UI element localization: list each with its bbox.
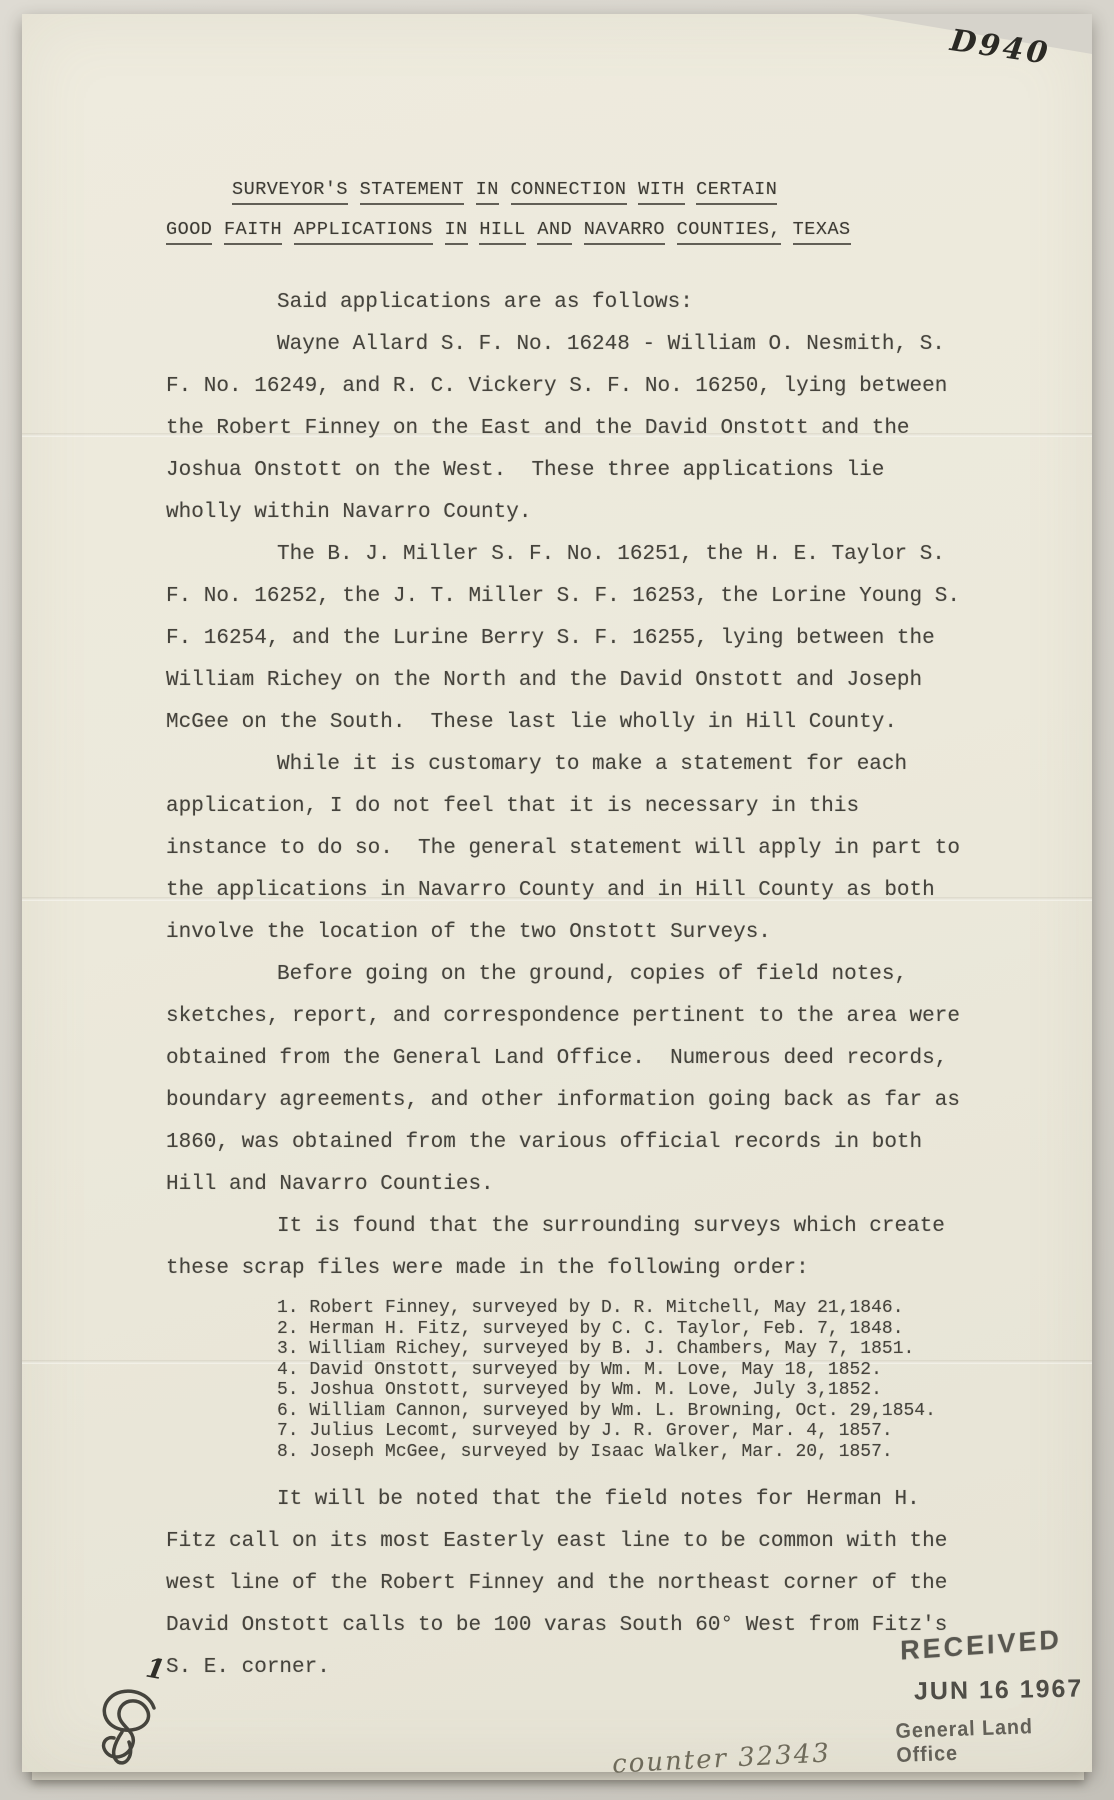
paragraph-navarro-applications: Wayne Allard S. F. No. 16248 - William O… xyxy=(166,324,966,534)
paragraph-applications-intro: Said applications are as follows: xyxy=(166,282,966,324)
document-title: SURVEYOR'S STATEMENT IN CONNECTION WITH … xyxy=(166,170,966,250)
title-line-2: GOOD FAITH APPLICATIONS IN HILL AND NAVA… xyxy=(166,210,966,250)
typewritten-content: SURVEYOR'S STATEMENT IN CONNECTION WITH … xyxy=(166,170,966,1689)
paragraph-survey-order-intro: It is found that the surrounding surveys… xyxy=(166,1206,966,1290)
survey-list-item: 2. Herman H. Fitz, surveyed by C. C. Tay… xyxy=(277,1319,966,1340)
survey-list-item: 1. Robert Finney, surveyed by D. R. Mitc… xyxy=(277,1298,966,1319)
survey-order-list: 1. Robert Finney, surveyed by D. R. Mitc… xyxy=(277,1298,966,1462)
received-stamp-date: JUN 16 1967 xyxy=(914,1675,1084,1707)
document-page: D940 SURVEYOR'S STATEMENT IN CONNECTION … xyxy=(22,14,1092,1772)
received-stamp-office: General Land Office xyxy=(895,1714,1081,1768)
title-line-1: SURVEYOR'S STATEMENT IN CONNECTION WITH … xyxy=(232,170,966,210)
handwritten-monogram-scribble xyxy=(92,1680,187,1770)
survey-list-item: 4. David Onstott, surveyed by Wm. M. Lov… xyxy=(277,1360,966,1381)
paragraph-general-statement: While it is customary to make a statemen… xyxy=(166,744,966,954)
scanned-document-photo: D940 SURVEYOR'S STATEMENT IN CONNECTION … xyxy=(0,0,1114,1800)
survey-list-item: 8. Joseph McGee, surveyed by Isaac Walke… xyxy=(277,1442,966,1463)
paragraph-hill-applications: The B. J. Miller S. F. No. 16251, the H.… xyxy=(166,534,966,744)
survey-list-item: 5. Joshua Onstott, surveyed by Wm. M. Lo… xyxy=(277,1380,966,1401)
survey-list-item: 6. William Cannon, surveyed by Wm. L. Br… xyxy=(277,1401,966,1422)
paragraph-records-obtained: Before going on the ground, copies of fi… xyxy=(166,954,966,1206)
paragraph-closing: It will be noted that the field notes fo… xyxy=(166,1479,966,1689)
survey-list-item: 7. Julius Lecomt, surveyed by J. R. Grov… xyxy=(277,1421,966,1442)
survey-list-item: 3. William Richey, surveyed by B. J. Cha… xyxy=(277,1339,966,1360)
